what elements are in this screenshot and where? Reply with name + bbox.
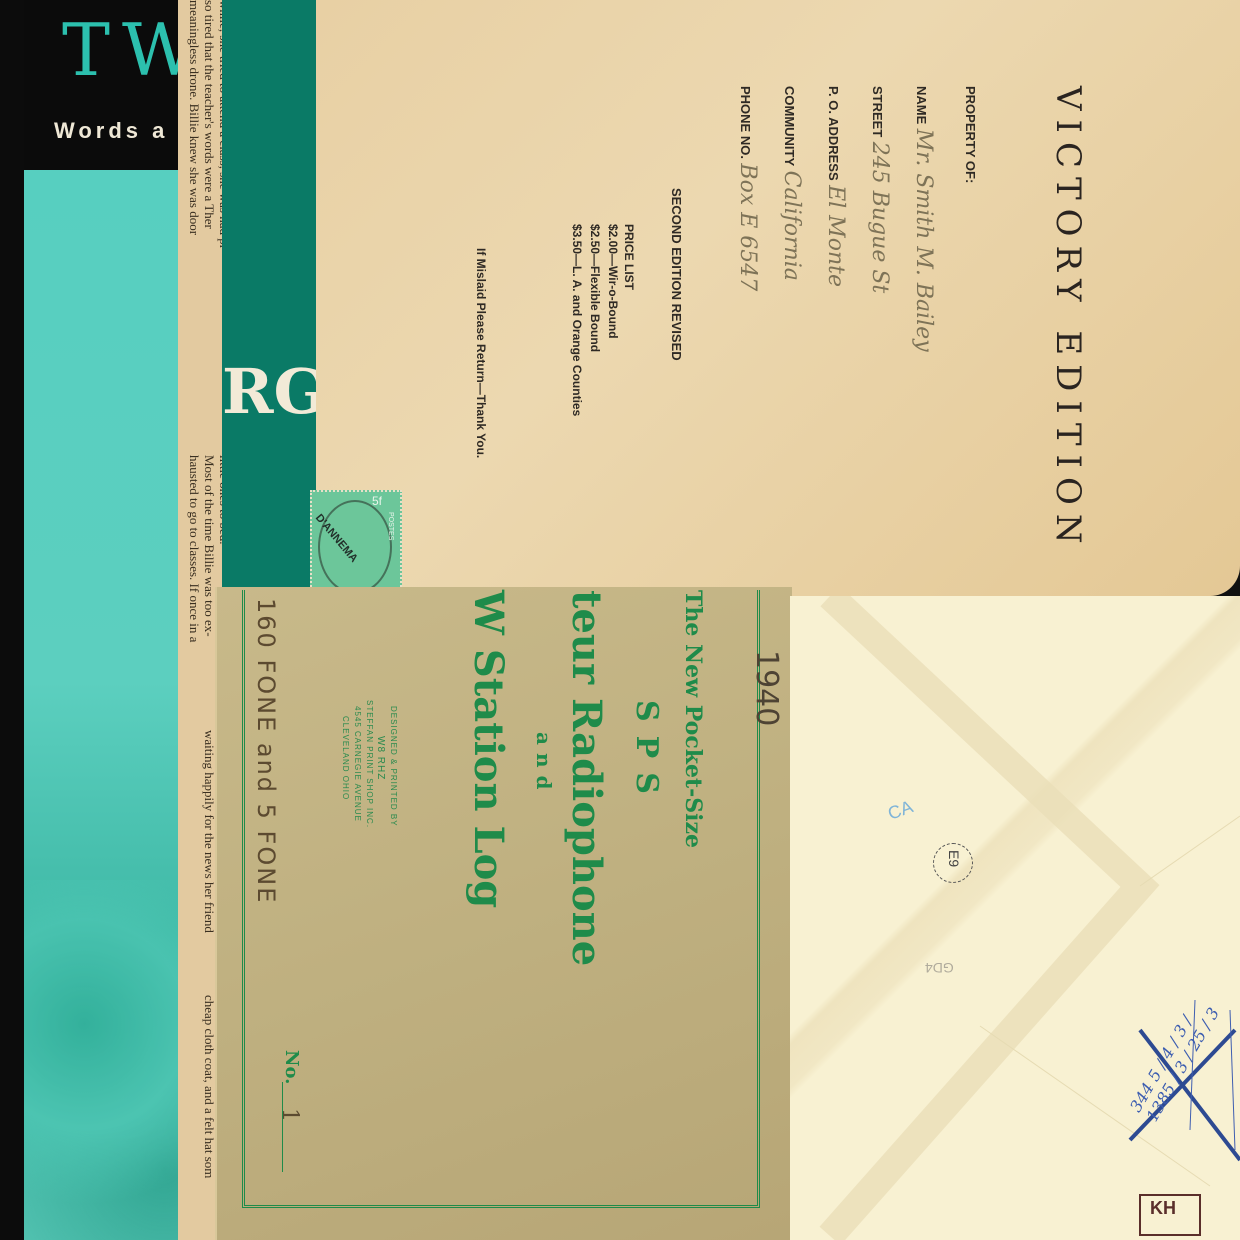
printer-line-1: DESIGNED & PRINTED BY bbox=[389, 706, 398, 827]
field-label: NAME bbox=[914, 86, 929, 124]
stamp-country: POSTES bbox=[387, 512, 394, 540]
clipping-line: meaningless drone. Billie knew she was d… bbox=[187, 0, 202, 249]
magazine-subtitle: Words a bbox=[54, 118, 168, 144]
circle-postmark-text: E9 bbox=[946, 850, 962, 867]
field-value: 245 Bugue St bbox=[867, 142, 892, 294]
field-community: COMMUNITY California bbox=[779, 86, 804, 281]
victory-title: VICTORY EDITION bbox=[1048, 86, 1088, 553]
field-value: Mr. Smith M. Bailey bbox=[911, 129, 936, 352]
printer-line-2: W8 RHZ bbox=[375, 736, 386, 780]
field-label: STREET bbox=[870, 86, 885, 137]
green-strip-letters: RG bbox=[222, 355, 326, 428]
number-label: No. bbox=[281, 1050, 302, 1084]
field-value: Box E 6547 bbox=[735, 163, 760, 291]
field-street: STREET 245 Bugue St bbox=[867, 86, 892, 293]
handwritten-year: 1940 bbox=[749, 650, 784, 726]
printer-line-4: 4545 CARNEGIE AVENUE bbox=[353, 706, 362, 822]
field-phone: PHONE NO. Box E 6547 bbox=[735, 86, 760, 291]
handwritten-fone-note: 160 FONE and 5 FONE bbox=[252, 598, 280, 904]
field-label: P. O. ADDRESS bbox=[826, 86, 841, 181]
field-label: PHONE NO. bbox=[738, 86, 753, 159]
victory-edition-booklet bbox=[316, 0, 1240, 596]
price-2: $2.50—Flexible Bound bbox=[588, 224, 602, 352]
edition-label: SECOND EDITION REVISED bbox=[669, 188, 684, 361]
property-of-label: PROPERTY OF: bbox=[963, 86, 978, 183]
printer-line-5: CLEVELAND OHIO bbox=[341, 716, 350, 800]
stamp-value: 5f bbox=[372, 494, 382, 508]
log-line-1: The New Pocket-Size bbox=[680, 590, 706, 848]
faint-mark: GD4 bbox=[925, 960, 954, 976]
field-label: COMMUNITY bbox=[782, 86, 797, 166]
log-line-3: teur Radiophone bbox=[563, 590, 610, 966]
log-line-4: and bbox=[532, 732, 556, 797]
clipping-line: so tired that the teacher's words were a… bbox=[202, 0, 217, 249]
clipping-line: hausted to go to classes. If once in a bbox=[187, 455, 202, 642]
log-line-5: W Station Log bbox=[465, 590, 512, 908]
number-line bbox=[282, 1082, 283, 1172]
field-value: California bbox=[779, 171, 804, 281]
number-value: 1 bbox=[277, 1108, 302, 1122]
field-value: El Monte bbox=[823, 185, 848, 287]
price-1: $2.00—Wir-o-Bound bbox=[606, 224, 620, 339]
green-paper-strip bbox=[222, 0, 322, 600]
field-name: NAME Mr. Smith M. Bailey bbox=[911, 86, 936, 352]
black-spine bbox=[0, 0, 26, 1240]
price-list-label: PRICE LIST bbox=[622, 224, 636, 290]
return-note: If Mislaid Please Return—Thank You. bbox=[474, 248, 488, 458]
field-po-address: P. O. ADDRESS El Monte bbox=[823, 86, 848, 287]
monogram: KH bbox=[1150, 1198, 1176, 1219]
printer-line-3: STEFFAN PRINT SHOP INC. bbox=[365, 700, 374, 828]
postmark-circle bbox=[318, 500, 392, 594]
price-3: $3.50—L. A. and Orange Counties bbox=[570, 224, 584, 416]
log-line-2: SPS bbox=[629, 700, 664, 808]
